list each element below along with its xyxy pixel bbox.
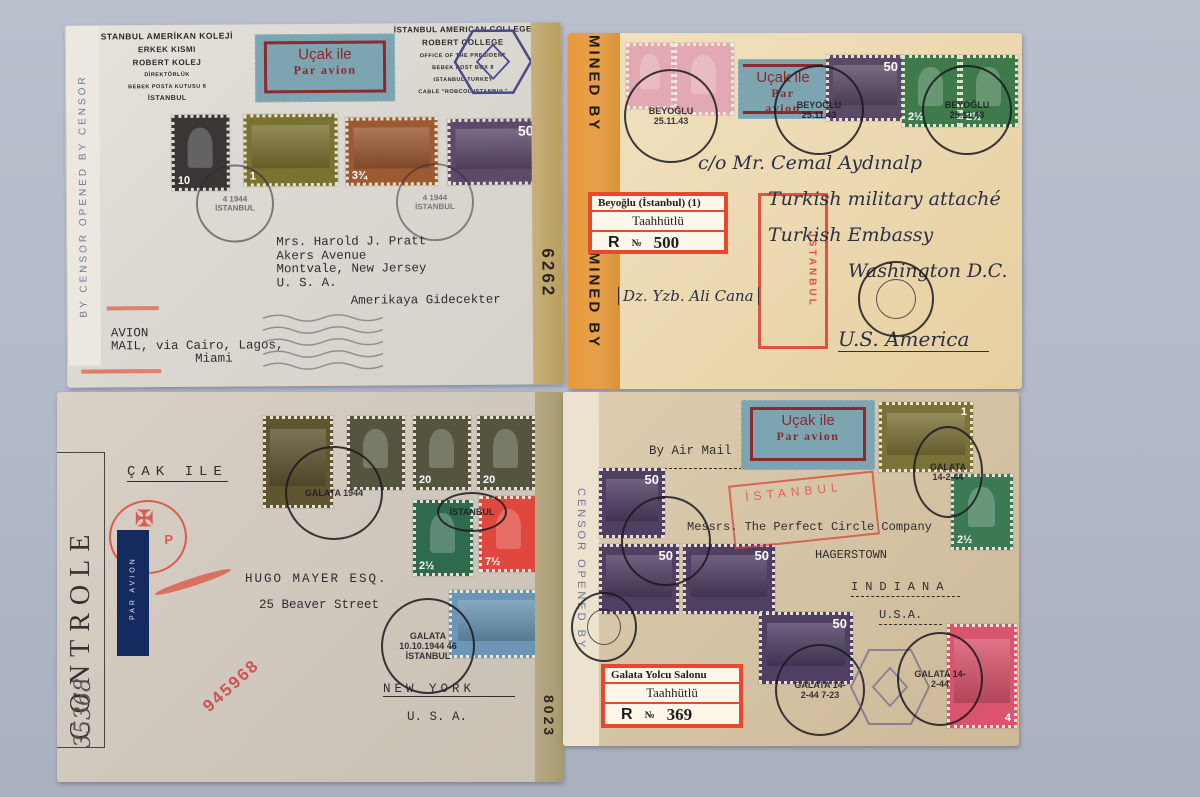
postmark-galata [621, 496, 711, 586]
sender-note: Dz. Yzb. Ali Cana [618, 287, 759, 305]
censor-strip-left: BY CENSOR OPENED BY CENSOR [65, 25, 101, 365]
postmark-galata-istanbul: GALATA 10.10.1944 46 İSTANBUL [381, 598, 475, 694]
recipient-street: 25 Beaver Street [259, 598, 379, 612]
route-label: ÇAK ILE [127, 464, 228, 482]
postmark-galata: GALATA 14-2-44 [897, 632, 983, 726]
postmark: 4 1944 İSTANBUL [196, 164, 275, 243]
censor-strip-right: 8023 [535, 392, 563, 782]
airmail-label: Uçak ile Par avion [255, 33, 395, 102]
postmark-galata: GALATA 14-2-44 [913, 426, 983, 518]
airmail-tag: PAR AVION [117, 530, 149, 656]
small-circle-postmark [858, 261, 934, 337]
routing-instructions: AVION MAIL, via Cairo, Lagos, Miami [111, 326, 284, 366]
stamp-20-kurus: 20 [413, 416, 471, 490]
recipient-country: U. S. A. [407, 710, 467, 724]
recipient-country: U.S.A. [879, 608, 942, 625]
postmark-beyoglu: BEYOĞLU 25.11.43 [922, 65, 1012, 155]
registration-label: Galata Yolcu Salonu Taahhütlü R № 369 [601, 664, 743, 728]
recipient-address: Mrs. Harold J. Pratt Akers Avenue Montva… [276, 235, 426, 290]
letterhead-left: STANBUL AMERİKAN KOLEJİ ERKEK KISMI ROBE… [97, 31, 237, 103]
postmark-istanbul: İSTANBUL [437, 492, 507, 532]
postal-censor-hex-stamp [453, 26, 533, 97]
red-line [81, 369, 161, 374]
censor-strip-left: CENSOR OPENED BY [563, 392, 599, 746]
postmark-galata: GALATA 1944 [285, 446, 383, 540]
recipient-city: HAGERSTOWN [815, 548, 887, 562]
cover-new-york: CONTROLE ÇAK ILE ✠ P PAR AVION 20 20 2½ … [57, 392, 563, 782]
pencil-number: 35368 [71, 678, 96, 748]
red-line [107, 306, 159, 310]
routing-note: Amerikaya Gidecekter [351, 293, 501, 308]
red-censor-number: 945968 [199, 656, 263, 717]
recipient-address: c/o Mr. Cemal Aydınalp Turkish military … [698, 145, 1008, 289]
postmark-beyoglu: BEYOĞLU 25.11.43 [774, 65, 864, 155]
postmark-small [571, 592, 637, 662]
cover-washington-embassy: MINED BY EXAMINED BY Uçak ile Par avion … [568, 33, 1022, 389]
red-pencil-mark [154, 566, 233, 598]
recipient-company: Messrs. The Perfect Circle Company [687, 520, 932, 534]
cover-hagerstown: CENSOR OPENED BY By Air Mail Uçak ile Pa… [563, 392, 1019, 746]
recipient-city: NEW YORK [383, 682, 515, 697]
by-air-mail: By Air Mail [649, 444, 742, 469]
recipient-name: HUGO MAYER ESQ. [245, 572, 388, 586]
cover-robert-college: BY CENSOR OPENED BY CENSOR STANBUL AMERİ… [65, 22, 564, 387]
recipient-state: INDIANA [851, 580, 960, 597]
red-istanbul-box-stamp: İSTANBUL [728, 471, 880, 550]
stamp-20-kurus: 20 [477, 416, 535, 490]
postmark: 4 1944 İSTANBUL [396, 163, 475, 242]
airmail-label: Uçak ile Par avion [741, 400, 875, 470]
censor-strip-right: 6262 [531, 22, 564, 384]
